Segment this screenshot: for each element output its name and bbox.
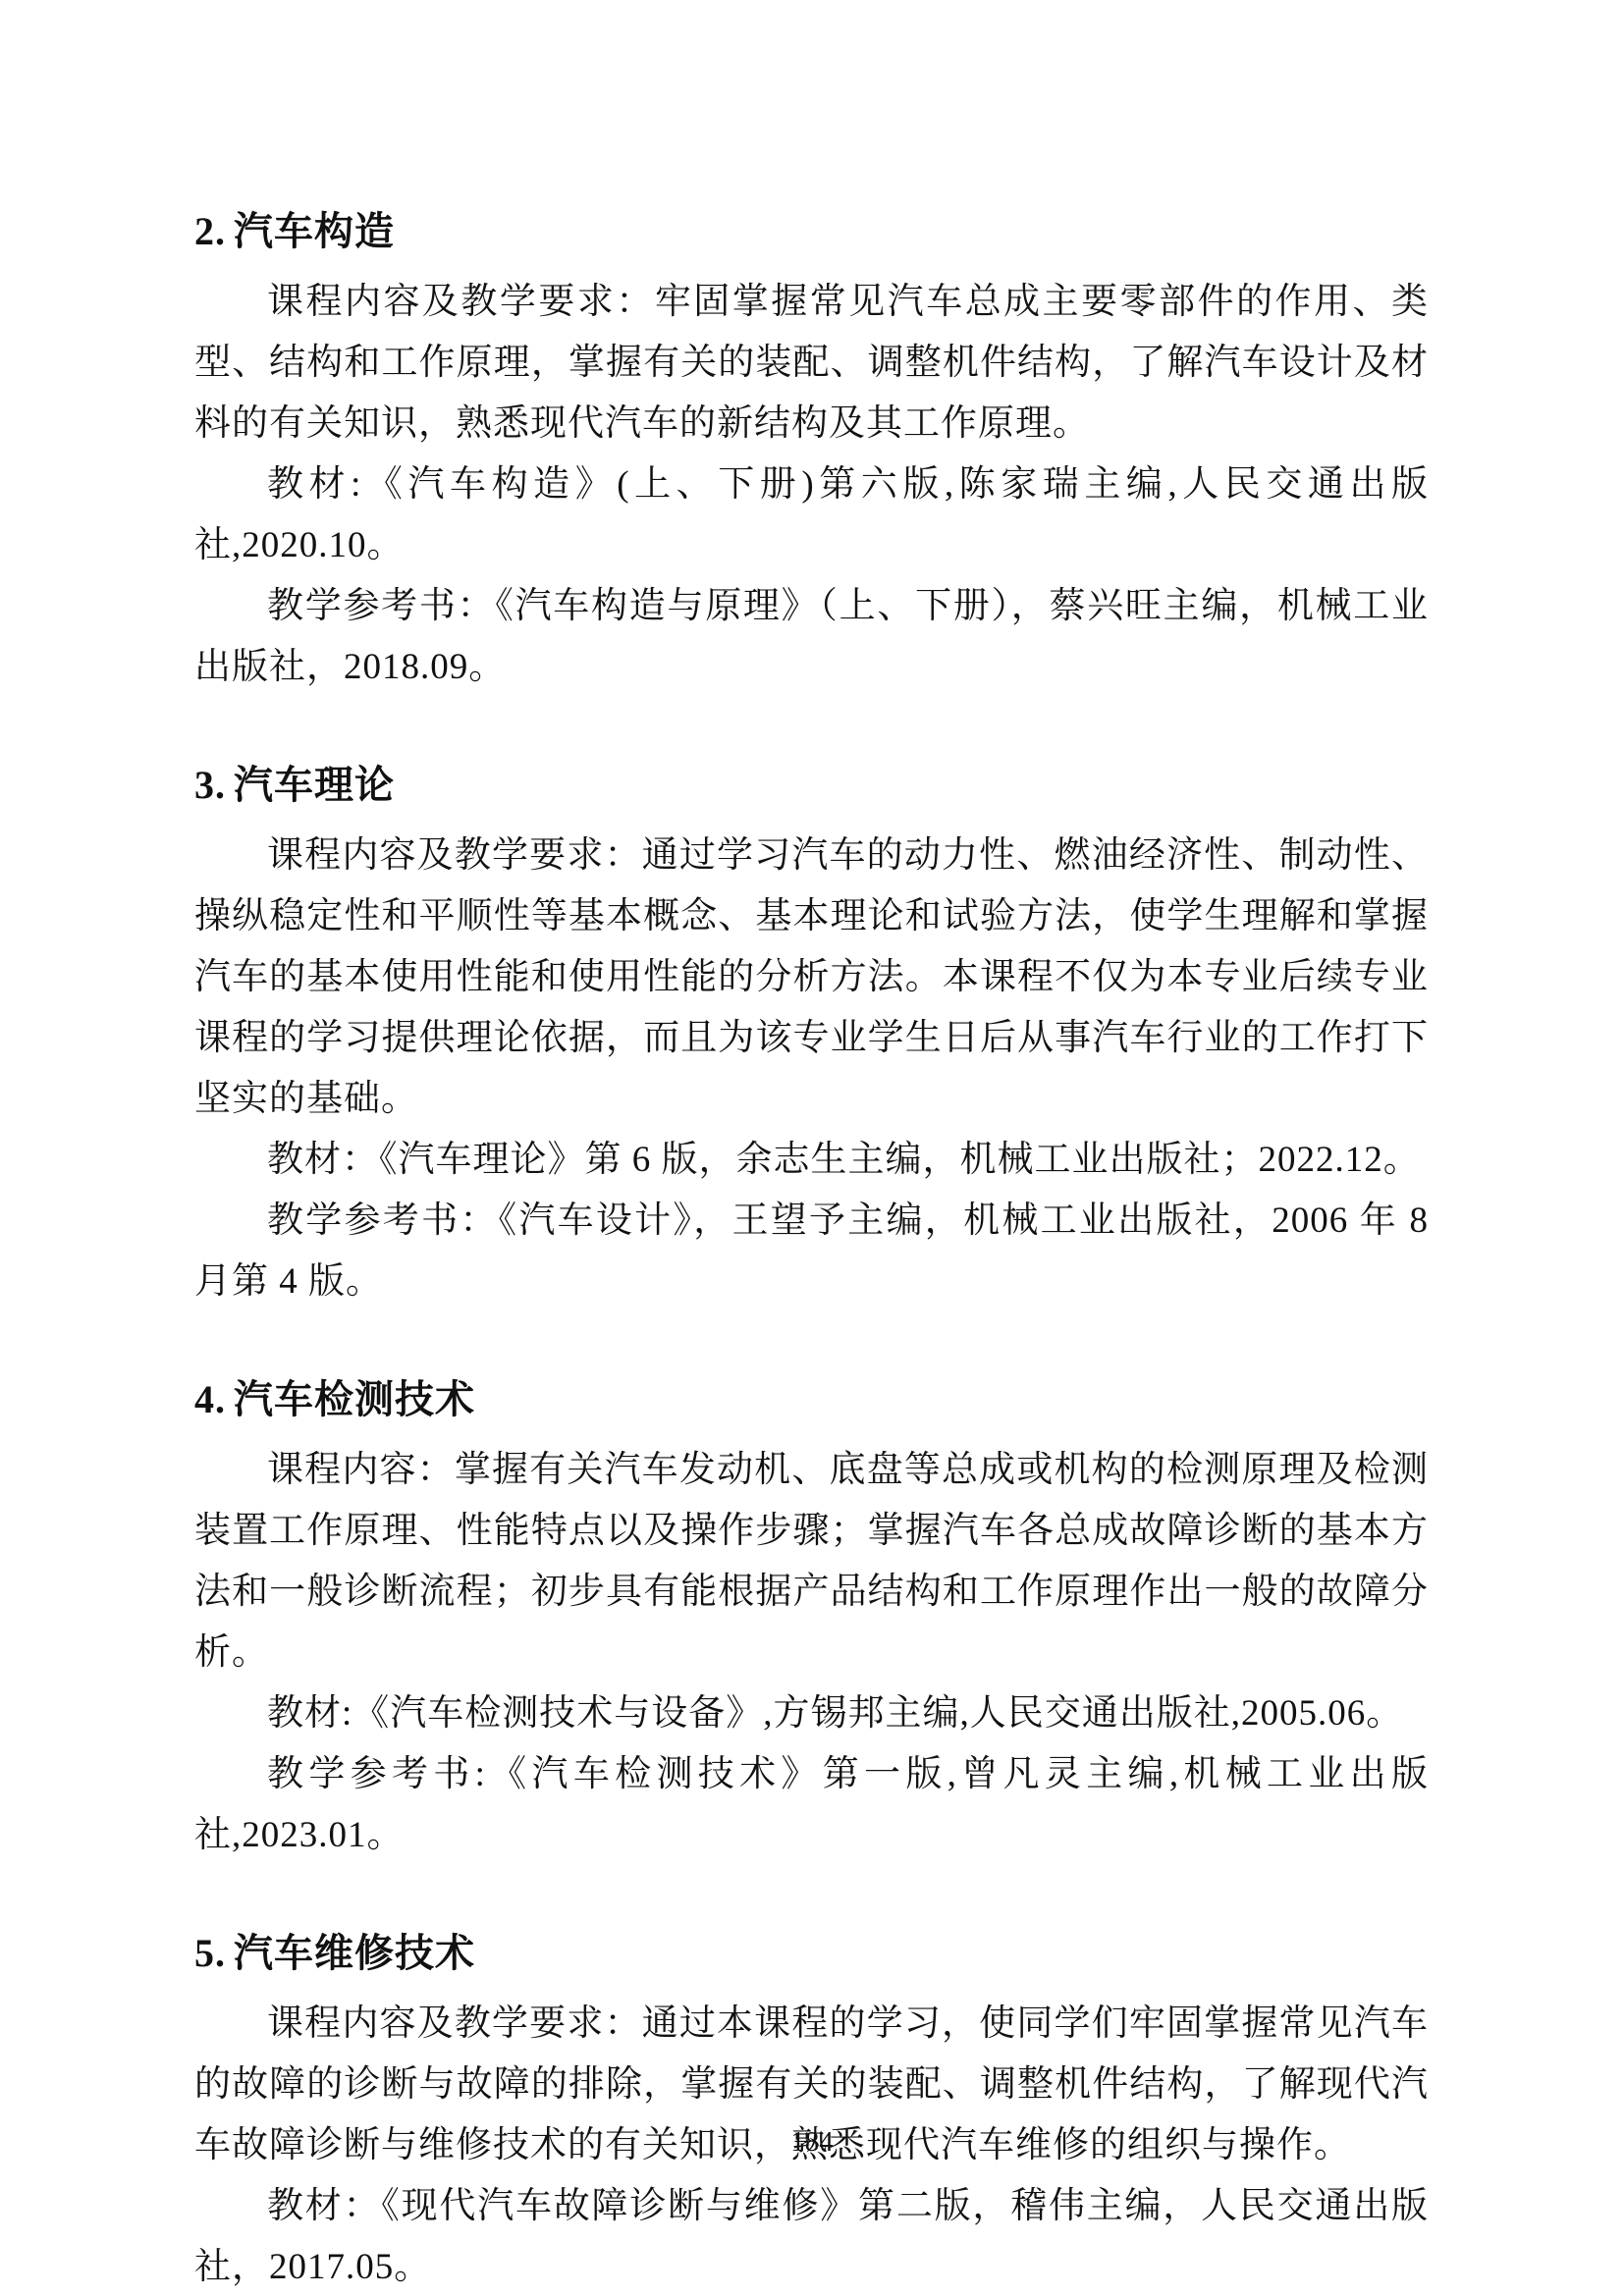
paragraph: 课程内容及教学要求：通过学习汽车的动力性、燃油经济性、制动性、操纵稳定性和平顺性… [194, 826, 1429, 1130]
section-auto-maintenance: 5.汽车维修技术 课程内容及教学要求：通过本课程的学习，使同学们牢固掌握常见汽车… [194, 1923, 1429, 2296]
section-number: 2. [194, 209, 226, 253]
section-heading: 3.汽车理论 [194, 755, 1429, 816]
paragraph-textbook: 教材：《汽车理论》第 6 版，余志生主编，机械工业出版社；2022.12。 [194, 1130, 1429, 1191]
paragraph: 课程内容：掌握有关汽车发动机、底盘等总成或机构的检测原理及检测装置工作原理、性能… [194, 1440, 1429, 1683]
section-number: 5. [194, 1931, 226, 1975]
document-page: 2.汽车构造 课程内容及教学要求：牢固掌握常见汽车总成主要零部件的作用、类型、结… [0, 0, 1624, 2296]
section-title: 汽车构造 [234, 209, 395, 253]
section-auto-detection: 4.汽车检测技术 课程内容：掌握有关汽车发动机、底盘等总成或机构的检测原理及检测… [194, 1369, 1429, 1866]
section-auto-construction: 2.汽车构造 课程内容及教学要求：牢固掌握常见汽车总成主要零部件的作用、类型、结… [194, 201, 1429, 698]
section-heading: 4.汽车检测技术 [194, 1369, 1429, 1430]
section-title: 汽车维修技术 [234, 1931, 475, 1975]
paragraph-reference: 教学参考书:《汽车检测技术》第一版,曾凡灵主编,机械工业出版社,2023.01。 [194, 1744, 1429, 1866]
paragraph: 课程内容及教学要求：牢固掌握常见汽车总成主要零部件的作用、类型、结构和工作原理，… [194, 272, 1429, 454]
page-number: 184 [0, 2122, 1624, 2162]
section-title: 汽车检测技术 [234, 1377, 475, 1421]
paragraph-textbook: 教材:《汽车构造》(上、下册)第六版,陈家瑞主编,人民交通出版社,2020.10… [194, 454, 1429, 576]
paragraph-reference: 教学参考书：《汽车设计》，王望予主编，机械工业出版社，2006 年 8 月第 4… [194, 1191, 1429, 1312]
section-title: 汽车理论 [234, 763, 395, 807]
paragraph-textbook: 教材：《现代汽车故障诊断与维修》第二版，稽伟主编，人民交通出版社，2017.05… [194, 2176, 1429, 2296]
section-heading: 2.汽车构造 [194, 201, 1429, 262]
paragraph-textbook: 教材:《汽车检测技术与设备》,方锡邦主编,人民交通出版社,2005.06。 [194, 1683, 1429, 1744]
section-heading: 5.汽车维修技术 [194, 1923, 1429, 1984]
section-auto-theory: 3.汽车理论 课程内容及教学要求：通过学习汽车的动力性、燃油经济性、制动性、操纵… [194, 755, 1429, 1312]
section-number: 4. [194, 1377, 226, 1421]
paragraph-reference: 教学参考书：《汽车构造与原理》（上、下册），蔡兴旺主编，机械工业出版社，2018… [194, 576, 1429, 698]
section-number: 3. [194, 763, 226, 807]
